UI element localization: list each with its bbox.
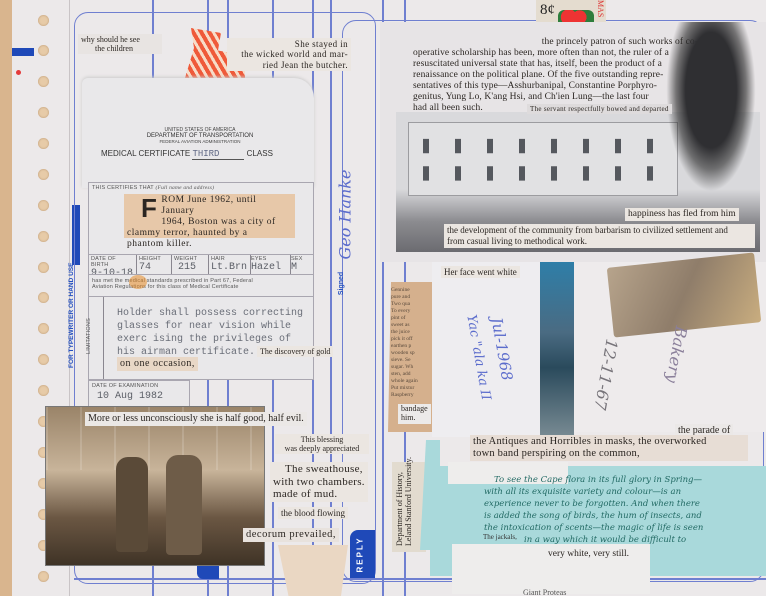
- clipping-very-white: very white, very still.: [545, 548, 632, 561]
- color-photo-strip: [540, 262, 574, 438]
- building: [408, 122, 678, 196]
- clipping-face-white: Her face went white: [441, 266, 520, 278]
- clipping-jackals: The jackals,: [480, 532, 520, 542]
- exam-date: 10 Aug 1982: [89, 391, 189, 402]
- clipping-blood: the blood flowing: [278, 507, 348, 519]
- man-figure-left: [116, 457, 148, 552]
- handwritten-note-card: [432, 262, 540, 437]
- clipping-sweathouse: The sweathouse, with two chambers. made …: [270, 462, 368, 502]
- clipping-half-good: More or less unconsciously she is half g…: [85, 412, 307, 426]
- paper-scrap-beige: [278, 545, 348, 596]
- clipping-occasion: on one occasion,: [117, 357, 198, 371]
- red-dot: [16, 70, 21, 75]
- class-value: THIRD: [192, 149, 244, 160]
- man-figure-right: [166, 455, 202, 555]
- reply-tab: REPLY: [350, 530, 375, 578]
- holly-illustration: [558, 10, 594, 22]
- orange-stain: [129, 275, 147, 289]
- clipping-proteas: Giant Proteas: [520, 588, 569, 596]
- handwritten-signature: Geo Hanke: [335, 170, 354, 260]
- certificate-title: MEDICAL CERTIFICATE: [101, 149, 190, 158]
- standards-box: has met the medical standards prescribed…: [88, 274, 314, 298]
- clipping-bandage: bandage him.: [398, 404, 431, 424]
- tree: [666, 22, 756, 192]
- certificate-header: UNITED STATES OF AMERICA DEPARTMENT OF T…: [85, 122, 315, 182]
- blue-marker: [12, 48, 34, 56]
- clipping-patron: the princely patron of such works of co-…: [410, 36, 701, 114]
- clipping-happiness: happiness has fled from him: [625, 208, 739, 221]
- clipping-flora: To see the Cape flora in its full glory …: [484, 474, 754, 546]
- clipping-parade: the Antiques and Horribles in masks, the…: [470, 435, 748, 461]
- vintage-photo-two-men: [45, 406, 265, 566]
- clipping-boston: F ROM June 1962, until January 1964, Bos…: [124, 194, 295, 238]
- vitals-row: DATE OF BIRTH9-10-18 HEIGHT74 WEIGHT215 …: [88, 254, 314, 276]
- clipping-servant: The servant respectfully bowed and depar…: [527, 104, 672, 114]
- exam-date-box: DATE OF EXAMINATION 10 Aug 1982: [88, 380, 190, 408]
- clipping-children: why should he see the children: [78, 34, 162, 54]
- signed-label: Signed: [338, 272, 345, 295]
- clipping-gold: The discovery of gold: [257, 346, 333, 357]
- postage-stamp: 8¢ MAS: [536, 0, 606, 24]
- clipping-blessing: This blessing was deeply appreciated: [275, 434, 369, 454]
- clipping-decorum: decorum prevailed,: [243, 528, 339, 542]
- clipping-stayed: She stayed in the wicked world and mar- …: [227, 38, 351, 71]
- clipping-development: the development of the community from ba…: [444, 224, 755, 248]
